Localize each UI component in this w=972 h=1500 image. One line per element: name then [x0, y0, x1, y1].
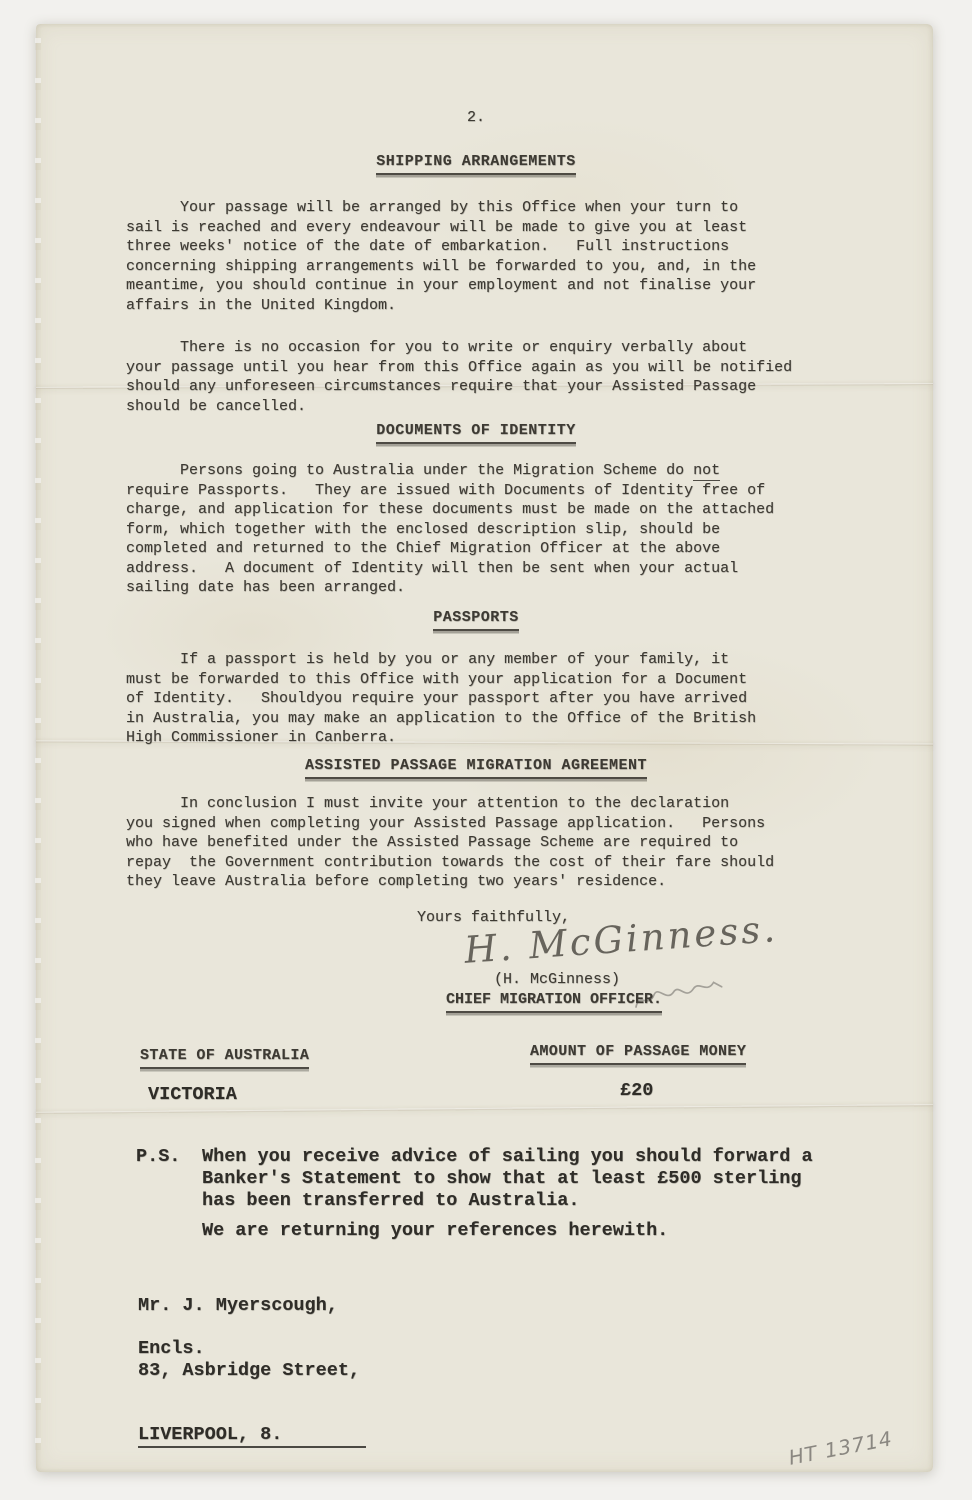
recipient-name: Mr. J. Myerscough, [138, 1295, 366, 1317]
heading-text: ASSISTED PASSAGE MIGRATION AGREEMENT [305, 756, 647, 779]
recipient-city: LIVERPOOL, 8. [138, 1424, 366, 1448]
heading-text: PASSPORTS [433, 608, 519, 631]
paragraph-documents: Persons going to Australia under the Mig… [126, 461, 866, 598]
photo-background: 2. SHIPPING ARRANGEMENTS Your passage wi… [0, 0, 972, 1500]
paragraph-shipping-2: There is no occasion for you to write or… [126, 338, 866, 416]
heading-text: DOCUMENTS OF IDENTITY [376, 421, 576, 444]
section-heading-passports: PASSPORTS [126, 608, 826, 631]
postscript-label: P.S. [136, 1146, 180, 1168]
heading-text: AMOUNT OF PASSAGE MONEY [530, 1042, 746, 1065]
paragraph-passports: If a passport is held by you or any memb… [126, 650, 866, 748]
recipient-city-text: LIVERPOOL, 8. [138, 1424, 366, 1448]
underlined-word: not [693, 462, 720, 481]
recipient-address: Mr. J. Myerscough, 83, Asbridge Street, … [138, 1252, 366, 1491]
recipient-street: 83, Asbridge Street, [138, 1360, 366, 1382]
paragraph-agreement: In conclusion I must invite your attenti… [126, 794, 866, 892]
signed-name: (H. McGinness) [494, 970, 620, 990]
state-value: VICTORIA [148, 1084, 237, 1106]
signer-title: CHIEF MIGRATION OFFICER. [446, 990, 662, 1013]
paragraph-text: require Passports. They are issued with … [126, 482, 774, 597]
section-heading-shipping: SHIPPING ARRANGEMENTS [126, 152, 826, 175]
pencil-catalog-number: HT 13714 [787, 1426, 895, 1470]
postscript-second-line: We are returning your references herewit… [202, 1220, 668, 1242]
torn-paper-edge [35, 24, 41, 1472]
heading-text: STATE OF AUSTRALIA [140, 1046, 309, 1069]
paragraph-text: Persons going to Australia under the Mig… [126, 462, 693, 479]
paragraph-shipping-1: Your passage will be arranged by this Of… [126, 198, 866, 315]
enclosures-note: Encls. [138, 1338, 205, 1360]
amount-value: £20 [620, 1080, 653, 1102]
document-page: 2. SHIPPING ARRANGEMENTS Your passage wi… [36, 24, 933, 1472]
heading-text: SHIPPING ARRANGEMENTS [376, 152, 576, 175]
postscript-text: When you receive advice of sailing you s… [202, 1146, 862, 1212]
section-heading-documents: DOCUMENTS OF IDENTITY [126, 421, 826, 444]
heading-text: CHIEF MIGRATION OFFICER. [446, 990, 662, 1013]
amount-column-header: AMOUNT OF PASSAGE MONEY [530, 1042, 746, 1065]
state-column-header: STATE OF AUSTRALIA [140, 1046, 309, 1069]
section-heading-agreement: ASSISTED PASSAGE MIGRATION AGREEMENT [126, 756, 826, 779]
page-number: 2. [126, 108, 826, 128]
